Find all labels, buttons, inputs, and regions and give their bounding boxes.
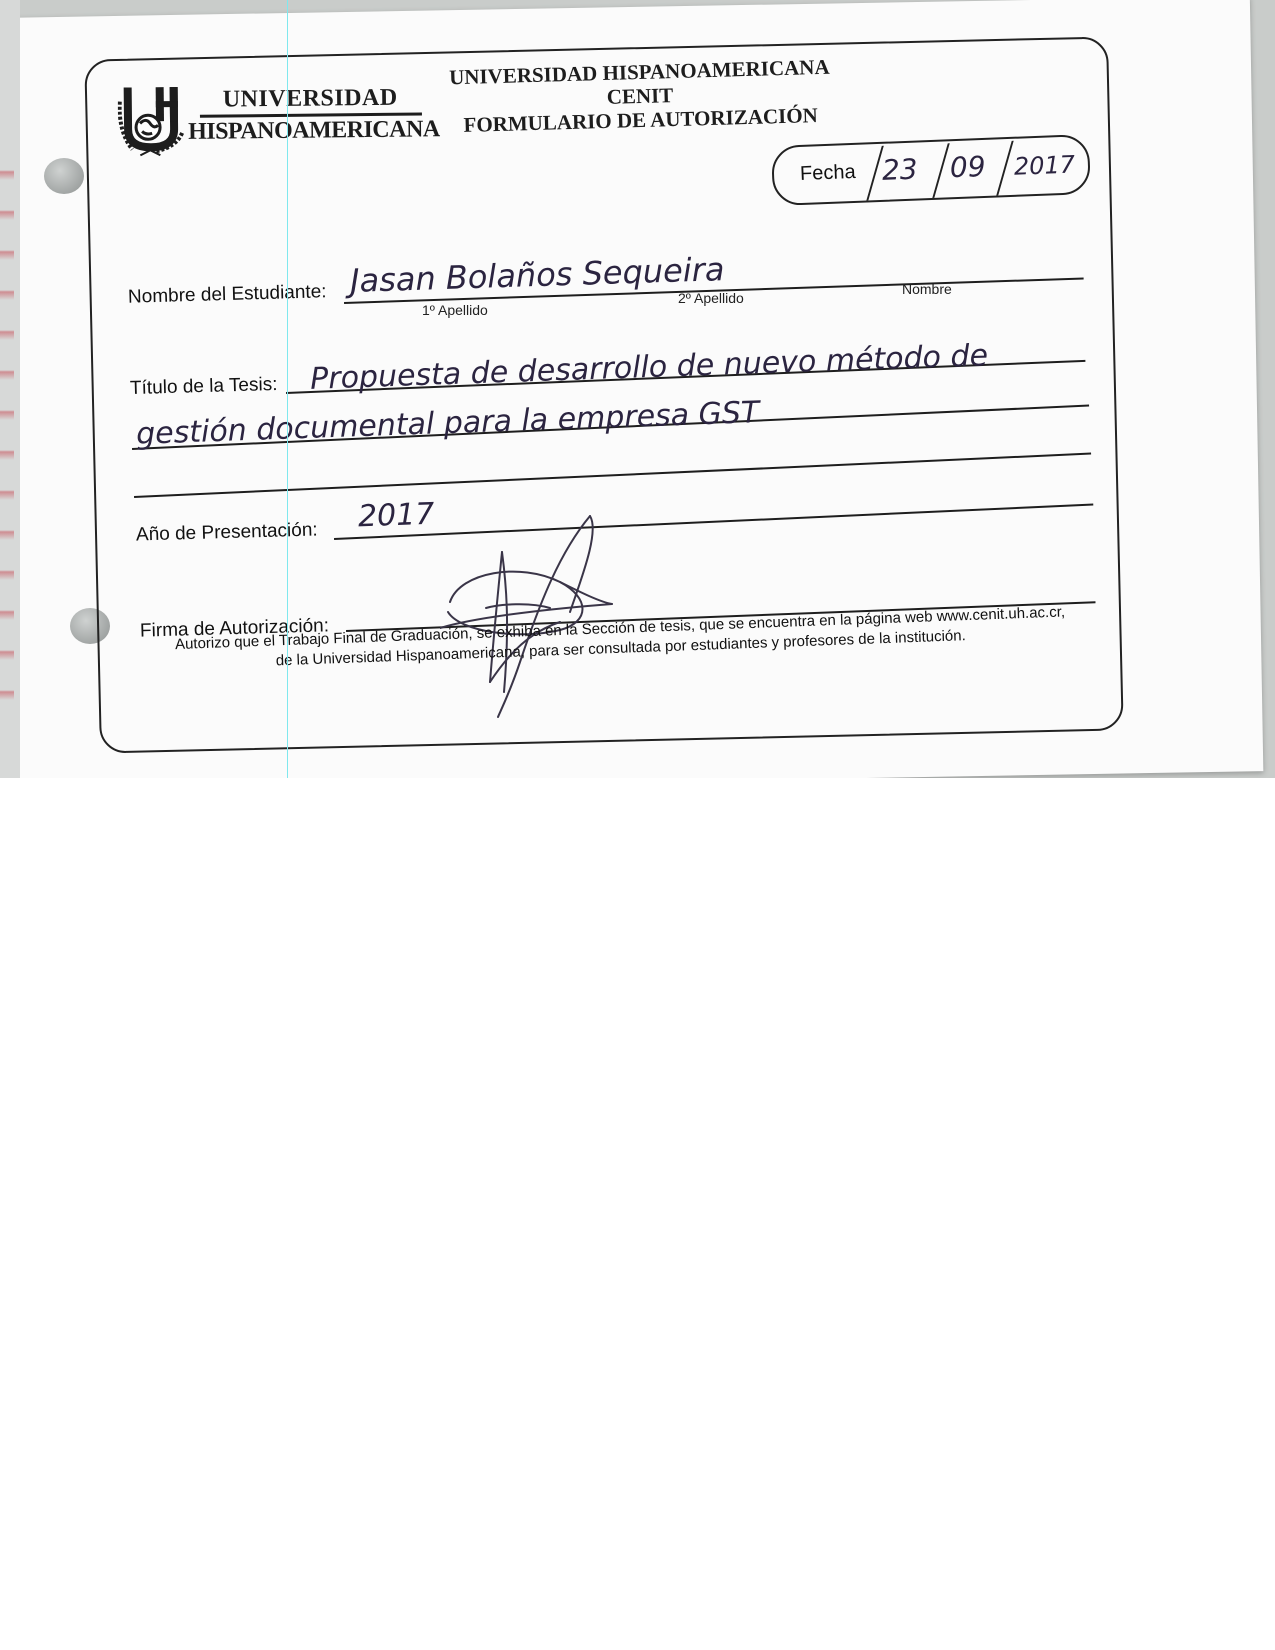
first-surname-caption: 1º Apellido: [422, 302, 488, 318]
date-box: Fecha 23 09 2017: [771, 134, 1091, 206]
date-month: 09: [949, 150, 986, 184]
thesis-title-label: Título de la Tesis:: [130, 374, 278, 400]
date-day: 23: [881, 153, 918, 187]
signature-scribble: [440, 512, 620, 722]
form-header: UNIVERSIDAD HISPANOAMERICANA CENIT FORMU…: [429, 54, 851, 138]
logo-text-universidad: UNIVERSIDAD: [223, 85, 398, 114]
date-label: Fecha: [800, 161, 856, 186]
scanned-page: UNIVERSIDAD HISPANOAMERICANA UNIVERSIDAD…: [0, 0, 1275, 778]
date-year: 2017: [1013, 150, 1075, 180]
year-value: 2017: [357, 497, 435, 535]
uh-crest-icon: [118, 81, 189, 157]
binding-marks: [0, 140, 14, 700]
date-separator: [932, 143, 949, 198]
punch-hole-icon: [44, 158, 84, 194]
scan-artifact-line: [287, 0, 288, 778]
given-name-caption: Nombre: [902, 281, 952, 297]
university-logo: UNIVERSIDAD HISPANOAMERICANA: [118, 78, 429, 161]
second-surname-caption: 2º Apellido: [678, 290, 744, 306]
logo-text-hispanoamericana: HISPANOAMERICANA: [188, 116, 440, 146]
date-separator: [996, 141, 1013, 196]
